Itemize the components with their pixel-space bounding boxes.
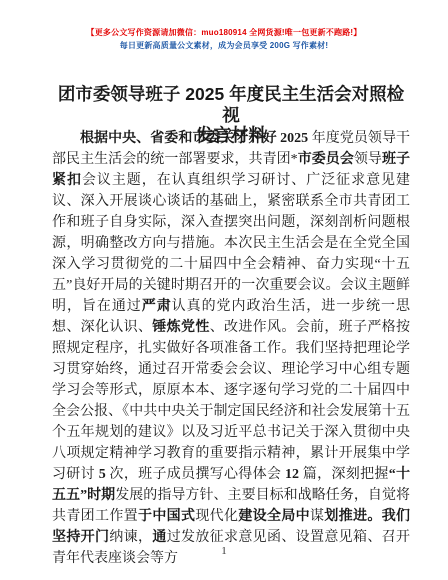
paragraph-segment: 5 [99,467,106,482]
paragraph-segment: 根据中央、省委和市委关于开好 2025 [80,131,312,146]
paragraph-segment: 市委员会 [298,152,354,167]
document-page: 【更多公文写作资源请加微信：muo180914 全网货源!唯一包更新不跑路!】 … [0,0,448,580]
paragraph-segment: 会议主题，在认真组织学习研讨、广泛征求意见建议、深入开展谈心谈话的基础上，紧密联… [52,173,410,314]
promo-line-red: 【更多公文写作资源请加微信：muo180914 全网货源!唯一包更新不跑路!】 [0,27,448,40]
paragraph-segment: 领导 [354,152,382,167]
paragraph-segment: 纳谏， [109,530,152,545]
paragraph-segment: 谋 [310,509,324,524]
body-paragraph: 根据中央、省委和市委关于开好 2025 年度党员领导干部民主生活会的统一部署要求… [52,128,410,569]
document-title-line1: 团市委领导班子 2025 年度民主生活会对照检视 [58,84,404,125]
paragraph-segment: 现代化 [195,509,238,524]
paragraph-segment: 次，班子成员撰写心得体会 [106,467,285,482]
paragraph-segment: 篇，深刻把握 [299,467,389,482]
paragraph-segment: 通 [152,530,166,545]
paragraph-segment: 建设全局中 [238,509,310,524]
paragraph-segment: 严肃 [142,299,172,314]
paragraph-segment: 锤炼党性 [152,320,209,335]
page-number: 1 [0,545,448,557]
paragraph-segment: 、改进作风。会前，班子严格按照规定程序，扎实做好各项准备工作。我们坚持把理论学习… [52,320,410,482]
paragraph-segment: 12 [285,467,299,482]
paragraph-segment: 于中国式 [138,509,195,524]
promo-line-blue: 每日更新高质量公文素材，成为会员享受 200G 写作素材! [0,40,448,53]
promo-header: 【更多公文写作资源请加微信：muo180914 全网货源!唯一包更新不跑路!】 … [0,27,448,52]
